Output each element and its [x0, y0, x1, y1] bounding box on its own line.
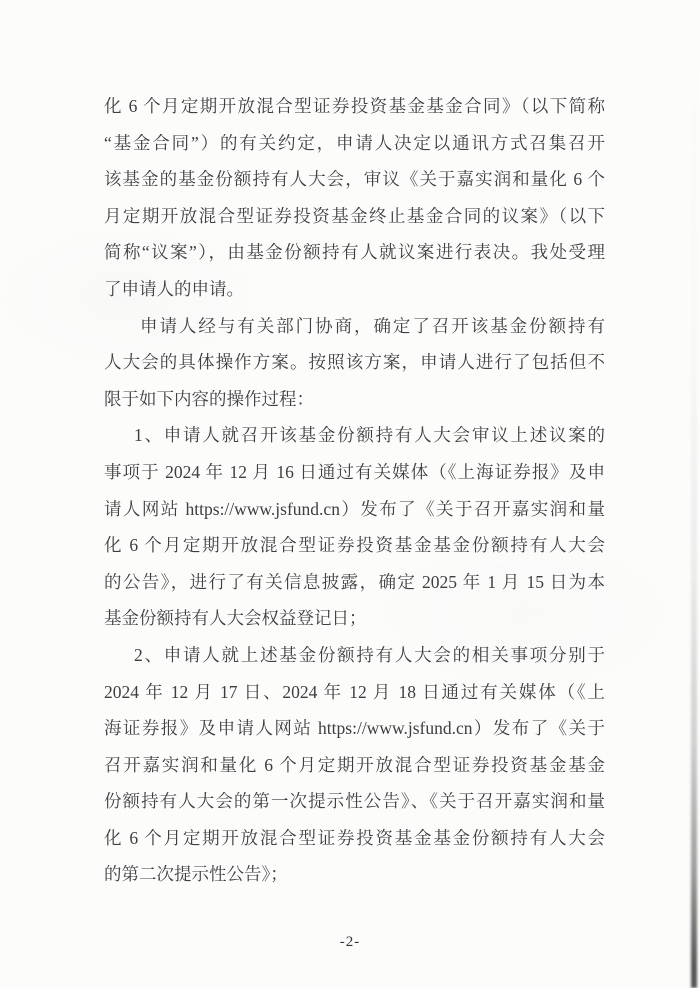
text-line: 事项于 2024 年 12 月 16 日通过有关媒体（《上海证券报》及申	[104, 454, 605, 491]
text-line: 的公告》，进行了有关信息披露，确定 2025 年 1 月 15 日为本	[104, 564, 605, 601]
text-line: 化 6 个月定期开放混合型证券投资基金基金合同》（以下简称	[104, 88, 605, 125]
text-line: 召开嘉实润和量化 6 个月定期开放混合型证券投资基金基金	[104, 747, 605, 784]
text-line: 化 6 个月定期开放混合型证券投资基金基金份额持有人大会	[104, 527, 605, 564]
text-line: “基金合同”）的有关约定，申请人决定以通讯方式召集召开	[104, 125, 605, 162]
text-line: 申请人经与有关部门协商，确定了召开该基金份额持有	[104, 308, 605, 345]
page-number: -2-	[0, 934, 700, 951]
scan-edge-shadow	[691, 0, 697, 988]
text-line: 月定期开放混合型证券投资基金终止基金合同的议案》（以下	[104, 198, 605, 235]
text-line: 人大会的具体操作方案。按照该方案，申请人进行了包括但不	[104, 344, 605, 381]
text-line: 基金份额持有人大会权益登记日；	[104, 600, 605, 637]
text-line: 了申请人的申请。	[104, 271, 605, 308]
text-line: 1、申请人就召开该基金份额持有人大会审议上述议案的	[104, 417, 605, 454]
text-line: 请人网站 https://www.jsfund.cn）发布了《关于召开嘉实润和量	[104, 491, 605, 528]
document-body: 化 6 个月定期开放混合型证券投资基金基金合同》（以下简称“基金合同”）的有关约…	[104, 88, 605, 893]
text-line: 海证券报》及申请人网站 https://www.jsfund.cn）发布了《关于	[104, 710, 605, 747]
text-line: 2、申请人就上述基金份额持有人大会的相关事项分别于	[104, 637, 605, 674]
text-line: 份额持有人大会的第一次提示性公告》、《关于召开嘉实润和量	[104, 783, 605, 820]
text-line: 2024 年 12 月 17 日、2024 年 12 月 18 日通过有关媒体（…	[104, 674, 605, 711]
text-line: 简称“议案”），由基金份额持有人就议案进行表决。我处受理	[104, 234, 605, 271]
text-line: 化 6 个月定期开放混合型证券投资基金基金份额持有人大会	[104, 820, 605, 857]
page-number-label: -2-	[340, 934, 361, 950]
scanned-document-page: 化 6 个月定期开放混合型证券投资基金基金合同》（以下简称“基金合同”）的有关约…	[0, 0, 700, 988]
text-line: 的第二次提示性公告》；	[104, 856, 605, 893]
text-line: 该基金的基金份额持有人大会，审议《关于嘉实润和量化 6 个	[104, 161, 605, 198]
text-line: 限于如下内容的操作过程：	[104, 381, 605, 418]
